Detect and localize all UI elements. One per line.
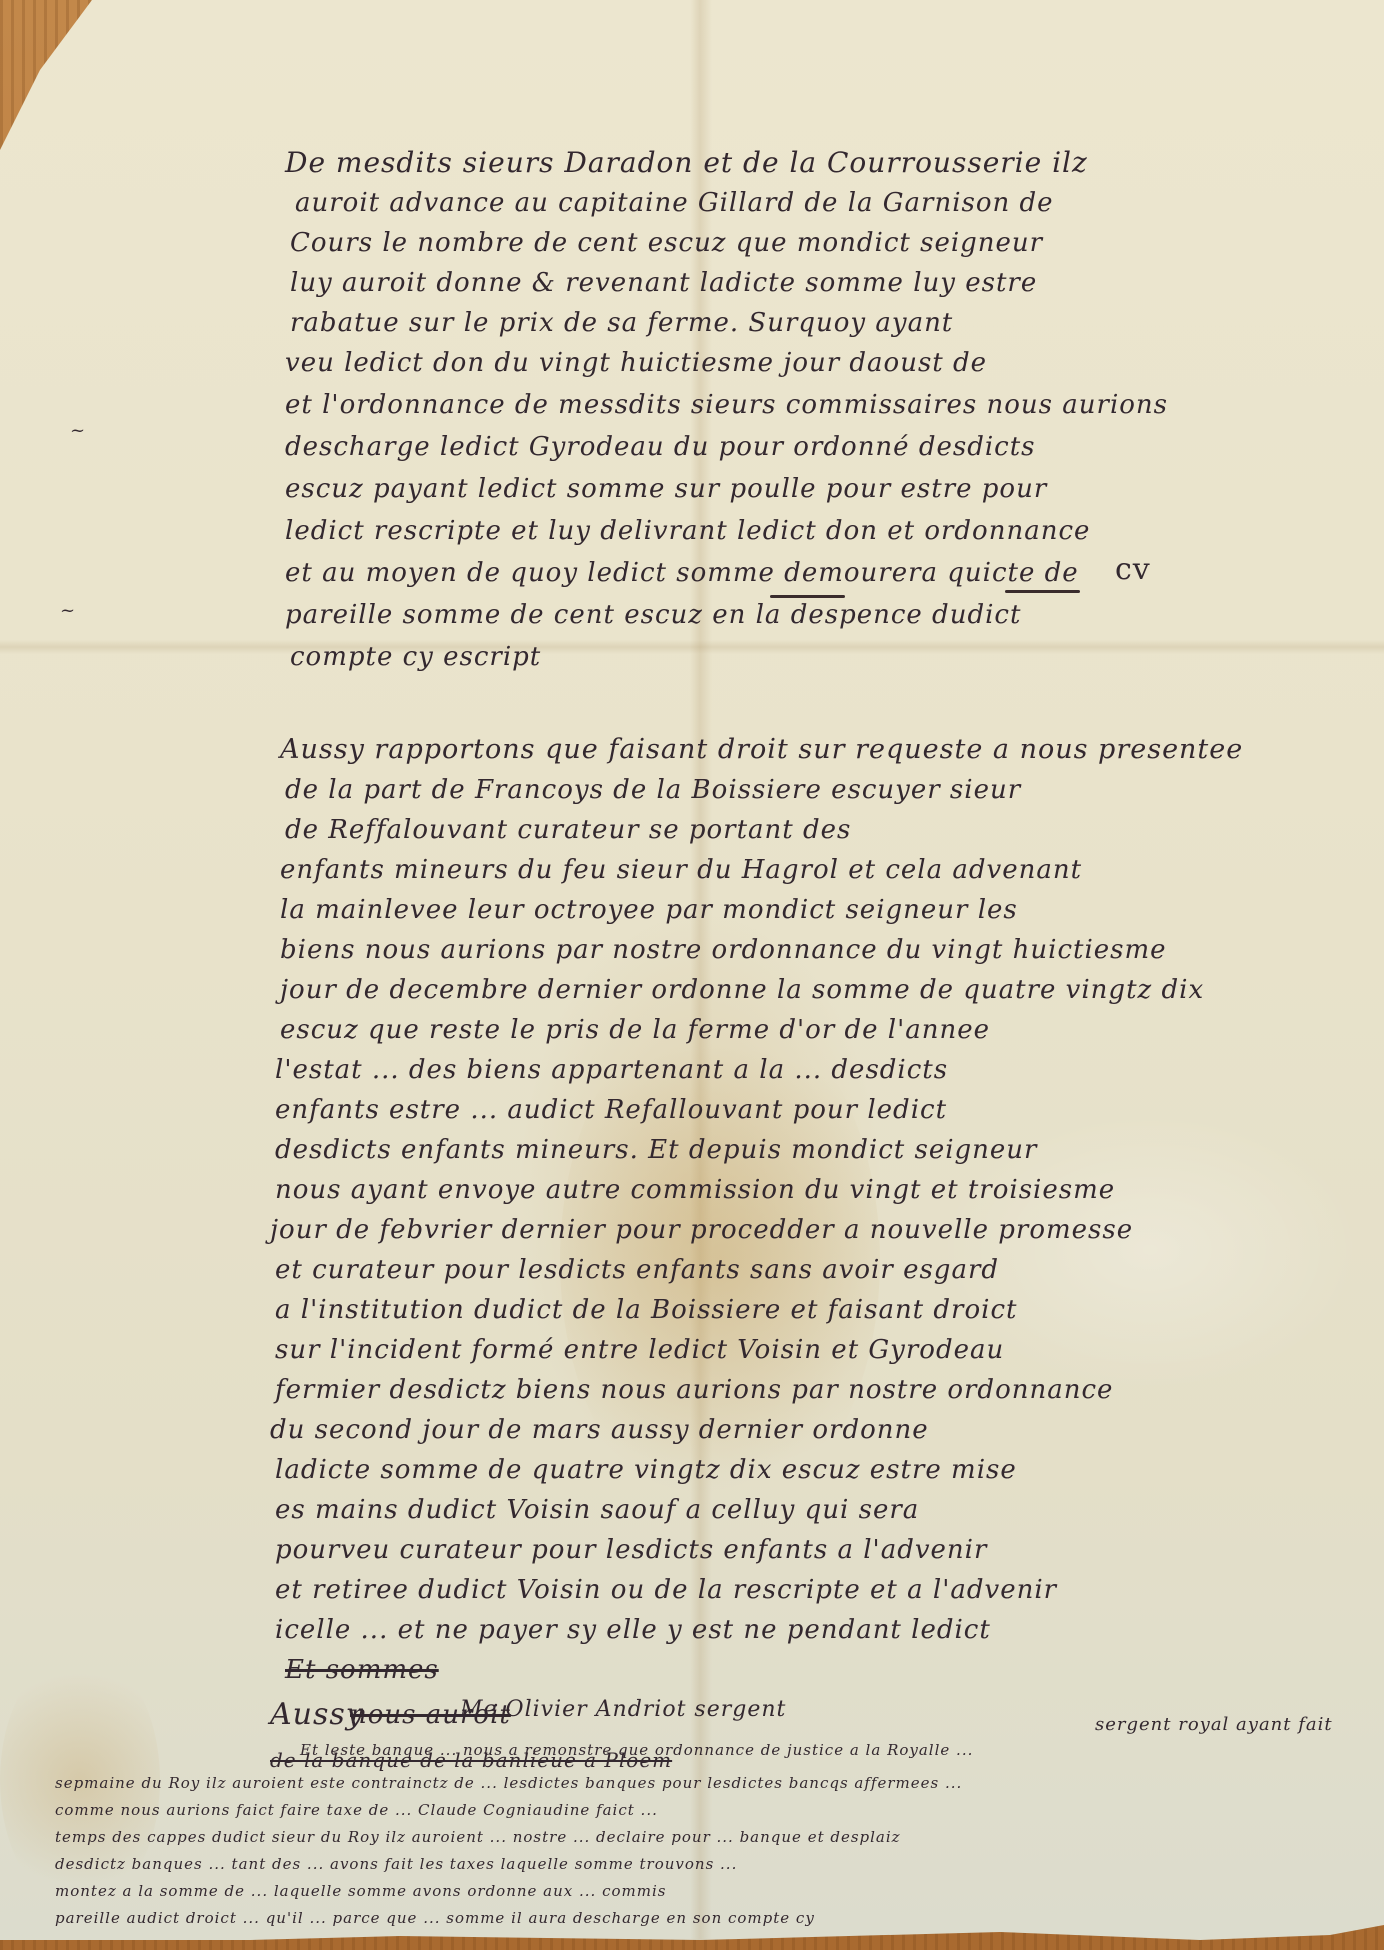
text-line: compte cy escript [290, 642, 541, 672]
text-line: et retiree dudict Voisin ou de la rescri… [275, 1575, 1057, 1605]
text-line: de Reffalouvant curateur se portant des [285, 815, 851, 845]
text-line: nous ayant envoye autre commission du vi… [275, 1175, 1115, 1205]
text-line: Cours le nombre de cent escuz que mondic… [290, 228, 1043, 258]
margin-amount-note: cv [1115, 552, 1151, 587]
horizontal-fold [0, 640, 1384, 654]
text-line: escuz payant ledict somme sur poulle pou… [285, 474, 1047, 504]
manuscript-page: ~ ~ De mesdits sieurs Daradon et de la C… [0, 0, 1384, 1940]
text-line: et au moyen de quoy ledict somme demoure… [285, 558, 1079, 588]
text-line: sepmaine du Roy ilz auroient este contra… [55, 1768, 962, 1798]
text-line: du second jour de mars aussy dernier ord… [270, 1415, 929, 1445]
text-line: de la part de Francoys de la Boissiere e… [285, 775, 1021, 805]
text-line: Et leste banque ... nous a remonstre que… [300, 1735, 973, 1765]
text-line: auroit advance au capitaine Gillard de l… [295, 188, 1054, 218]
text-line: et curateur pour lesdicts enfants sans a… [275, 1255, 999, 1285]
text-line: rabatue sur le prix de sa ferme. Surquoy… [290, 308, 953, 338]
text-line: luy auroit donne & revenant ladicte somm… [290, 268, 1037, 298]
text-line: montez a la somme de ... laquelle somme … [55, 1876, 666, 1906]
text-line: enfants mineurs du feu sieur du Hagrol e… [280, 855, 1082, 885]
text-line: ladicte somme de quatre vingtz dix escuz… [275, 1455, 1017, 1485]
text-line: Aussy rapportons que faisant droit sur r… [280, 735, 1243, 765]
text-line: ledict rescripte et luy delivrant ledict… [285, 516, 1090, 546]
bleed-through-text: ~ [70, 420, 85, 441]
text-line: jour de decembre dernier ordonne la somm… [280, 975, 1204, 1005]
text-line: l'estat ... des biens appartenant a la .… [275, 1055, 948, 1085]
text-line: De mesdits sieurs Daradon et de la Courr… [285, 148, 1088, 178]
text-line: a l'institution dudict de la Boissiere e… [275, 1295, 1017, 1325]
bleed-through-text: ~ [60, 600, 75, 621]
text-line: enfants estre ... audict Refallouvant po… [275, 1095, 947, 1125]
text-line: jour de febvrier dernier pour procedder … [270, 1215, 1133, 1245]
struck-line: Et sommes [285, 1655, 439, 1685]
text-line: biens nous aurions par nostre ordonnance… [280, 935, 1167, 965]
text-line: la mainlevee leur octroyee par mondict s… [280, 895, 1018, 925]
text-line: veu ledict don du vingt huictiesme jour … [285, 348, 987, 378]
text-line: comme nous aurions faict faire taxe de .… [55, 1795, 658, 1825]
text-line: descharge ledict Gyrodeau du pour ordonn… [285, 432, 1036, 462]
text-line: desdicts enfants mineurs. Et depuis mond… [275, 1135, 1037, 1165]
text-line: pareille audict droict ... qu'il ... par… [55, 1903, 815, 1933]
text-line: sergent royal ayant fait [1095, 1710, 1333, 1740]
text-line: et l'ordonnance de messdits sieurs commi… [285, 390, 1168, 420]
text-line: escuz que reste le pris de la ferme d'or… [280, 1015, 990, 1045]
text-line: pareille somme de cent escuz en la despe… [285, 600, 1021, 630]
text-line: icelle ... et ne payer sy elle y est ne … [275, 1615, 991, 1645]
closing-rule [1005, 590, 1080, 593]
text-line: pourveu curateur pour lesdicts enfants a… [275, 1535, 987, 1565]
text-line: sur l'incident formé entre ledict Voisin… [275, 1335, 1004, 1365]
text-line: fermier desdictz biens nous aurions par … [275, 1375, 1113, 1405]
text-line: desdictz banques ... tant des ... avons … [55, 1849, 737, 1879]
closing-rule [770, 595, 845, 598]
text-line: Me Olivier Andriot sergent [460, 1695, 786, 1725]
text-line: temps des cappes dudict sieur du Roy ilz… [55, 1822, 901, 1852]
text-line: es mains dudict Voisin saouf a celluy qu… [275, 1495, 919, 1525]
